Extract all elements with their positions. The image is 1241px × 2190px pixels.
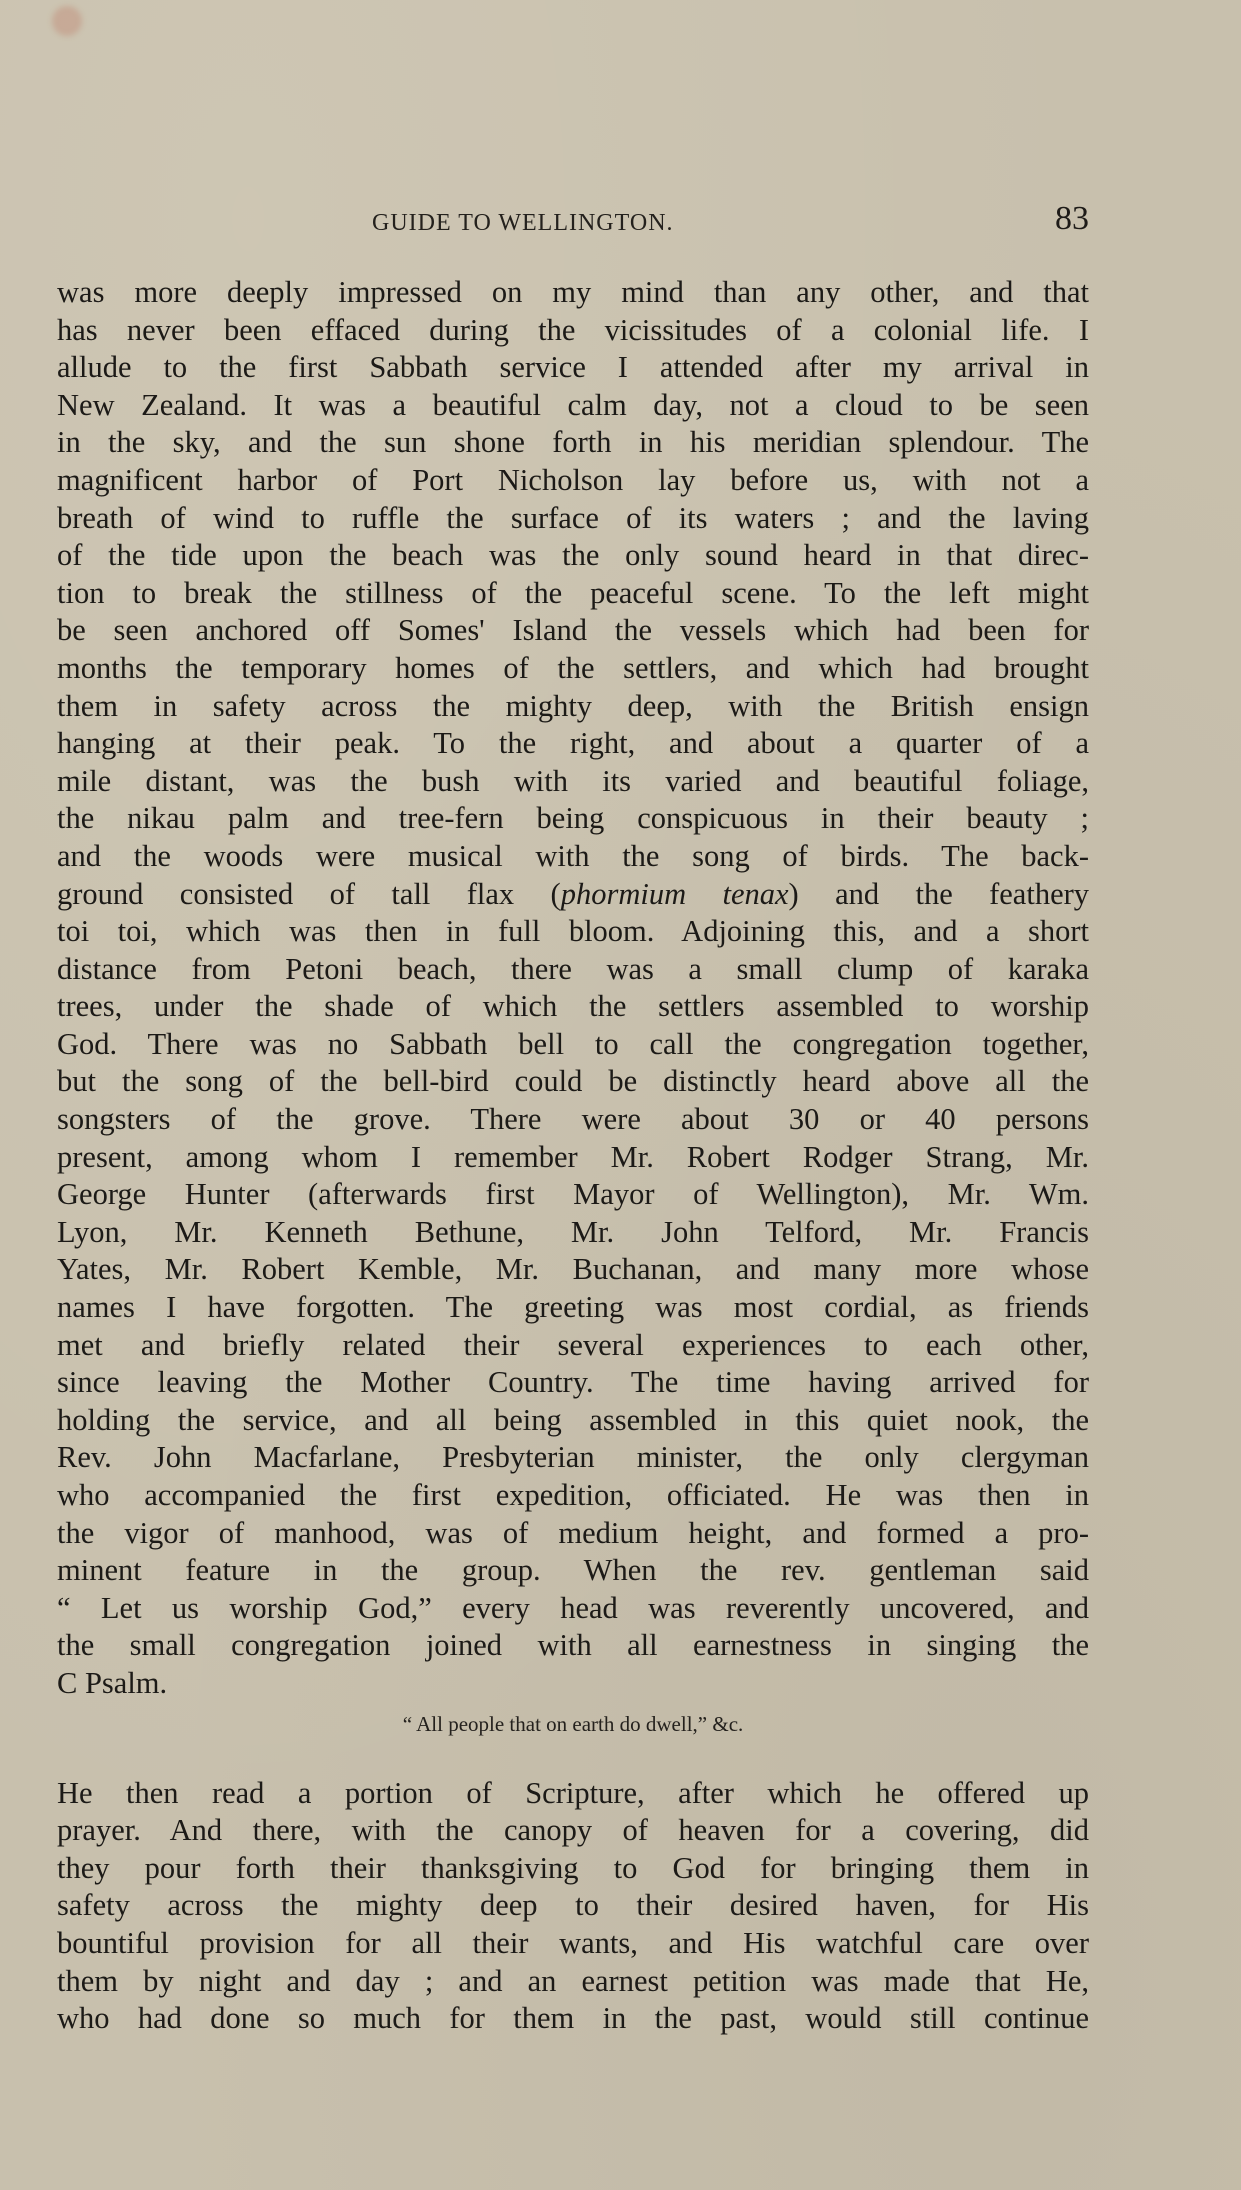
text-line: was more deeply impressed on my mind tha… <box>57 274 1089 312</box>
text-line: allude to the first Sabbath service I at… <box>57 349 1089 387</box>
text-line: months the temporary homes of the settle… <box>57 650 1089 688</box>
text-line: He then read a portion of Scripture, aft… <box>57 1775 1089 1813</box>
italic-botanical-name: phormium tenax <box>561 877 789 911</box>
text-fragment: ) and the feathery <box>789 877 1089 911</box>
paper-stain <box>52 6 82 36</box>
text-line: God. There was no Sabbath bell to call t… <box>57 1026 1089 1064</box>
text-line-with-italic: ground consisted of tall flax (phormium … <box>57 876 1089 914</box>
text-line: them in safety across the mighty deep, w… <box>57 688 1089 726</box>
page-number: 83 <box>1055 200 1089 238</box>
hymn-quotation: “ All people that on earth do dwell,” &c… <box>57 1709 1089 1739</box>
text-line: minent feature in the group. When the re… <box>57 1552 1089 1590</box>
text-line: songsters of the grove. There were about… <box>57 1101 1089 1139</box>
text-fragment: ground consisted of tall flax ( <box>57 877 561 911</box>
text-line: New Zealand. It was a beautiful calm day… <box>57 387 1089 425</box>
text-line: Lyon, Mr. Kenneth Bethune, Mr. John Telf… <box>57 1214 1089 1252</box>
paragraph-2: He then read a portion of Scripture, aft… <box>57 1775 1089 2038</box>
text-line: bountiful provision for all their wants,… <box>57 1925 1089 1963</box>
text-line: they pour forth their thanksgiving to Go… <box>57 1850 1089 1888</box>
text-line: Rev. John Macfarlane, Presbyterian minis… <box>57 1439 1089 1477</box>
text-line: the small congregation joined with all e… <box>57 1627 1089 1665</box>
text-line: and the woods were musical with the song… <box>57 838 1089 876</box>
text-line: C Psalm. <box>57 1665 1089 1703</box>
text-line: names I have forgotten. The greeting was… <box>57 1289 1089 1327</box>
text-line: but the song of the bell-bird could be d… <box>57 1063 1089 1101</box>
text-line: since leaving the Mother Country. The ti… <box>57 1364 1089 1402</box>
body-text: was more deeply impressed on my mind tha… <box>57 274 1089 2038</box>
text-line: Yates, Mr. Robert Kemble, Mr. Buchanan, … <box>57 1251 1089 1289</box>
text-line: who had done so much for them in the pas… <box>57 2000 1089 2038</box>
text-line: the vigor of manhood, was of medium heig… <box>57 1515 1089 1553</box>
paragraph-1: was more deeply impressed on my mind tha… <box>57 274 1089 1703</box>
text-line: who accompanied the first expedition, of… <box>57 1477 1089 1515</box>
text-line: prayer. And there, with the canopy of he… <box>57 1812 1089 1850</box>
text-line: has never been effaced during the viciss… <box>57 312 1089 350</box>
text-line: distance from Petoni beach, there was a … <box>57 951 1089 989</box>
text-line: hanging at their peak. To the right, and… <box>57 725 1089 763</box>
text-line: them by night and day ; and an earnest p… <box>57 1963 1089 2001</box>
text-line: be seen anchored off Somes' Island the v… <box>57 612 1089 650</box>
text-line: George Hunter (afterwards first Mayor of… <box>57 1176 1089 1214</box>
text-line: breath of wind to ruffle the surface of … <box>57 500 1089 538</box>
text-line: holding the service, and all being assem… <box>57 1402 1089 1440</box>
text-line: present, among whom I remember Mr. Rober… <box>57 1139 1089 1177</box>
book-page: GUIDE TO WELLINGTON. 83 was more deeply … <box>57 200 1089 2038</box>
text-line: safety across the mighty deep to their d… <box>57 1887 1089 1925</box>
text-line: mile distant, was the bush with its vari… <box>57 763 1089 801</box>
running-header: GUIDE TO WELLINGTON. 83 <box>57 200 1089 250</box>
text-line: trees, under the shade of which the sett… <box>57 988 1089 1026</box>
text-line: the nikau palm and tree-fern being consp… <box>57 800 1089 838</box>
text-line: “ Let us worship God,” every head was re… <box>57 1590 1089 1628</box>
text-line: met and briefly related their several ex… <box>57 1327 1089 1365</box>
text-line: in the sky, and the sun shone forth in h… <box>57 424 1089 462</box>
running-title: GUIDE TO WELLINGTON. <box>372 210 674 237</box>
text-line: of the tide upon the beach was the only … <box>57 537 1089 575</box>
text-line: toi toi, which was then in full bloom. A… <box>57 913 1089 951</box>
text-line: magnificent harbor of Port Nicholson lay… <box>57 462 1089 500</box>
text-line: tion to break the stillness of the peace… <box>57 575 1089 613</box>
